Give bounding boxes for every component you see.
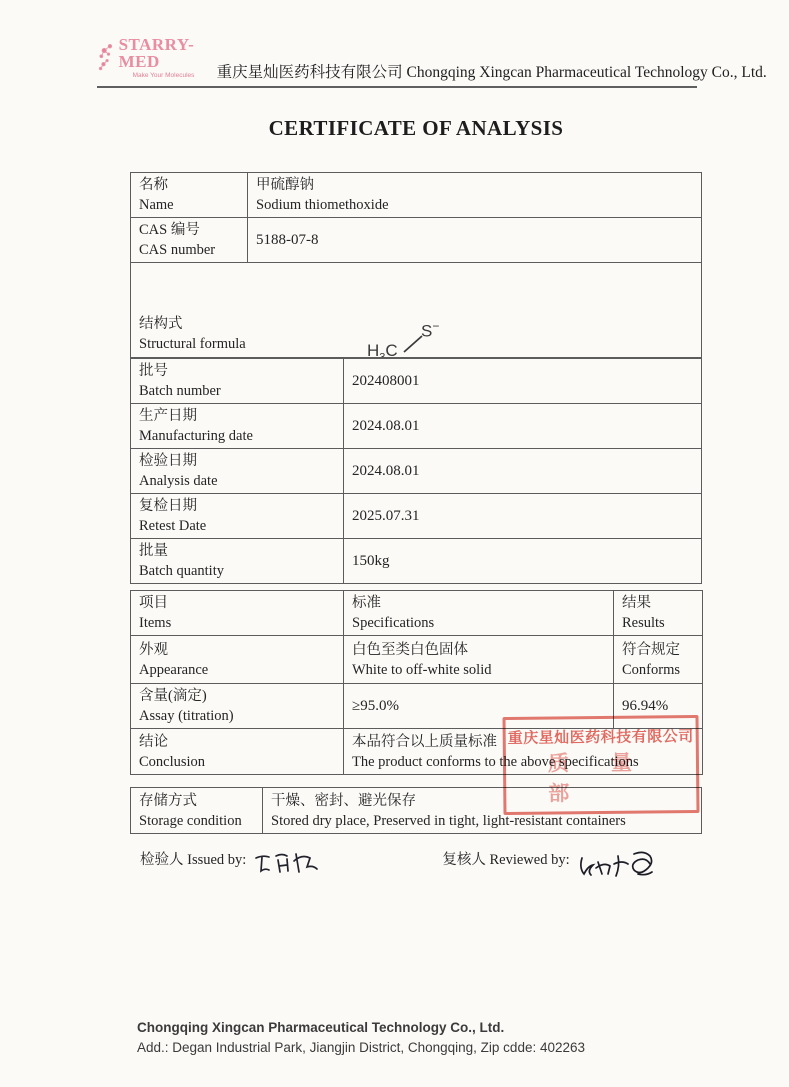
table-row: 批号 Batch number 202408001 <box>131 359 702 404</box>
table-row: 生产日期 Manufacturing date 2024.08.01 <box>131 404 702 449</box>
label-zh: 结论 <box>139 732 335 752</box>
structure-cell: 结构式 Structural formula H3C S− Na+ <box>131 263 702 358</box>
label-en: Analysis date <box>139 471 335 491</box>
header-en: Results <box>622 613 694 633</box>
letterhead: STARRY-MED Make Your Molecules 重庆星灿医药科技有… <box>97 36 697 88</box>
label-zh: 结构式 <box>139 314 246 334</box>
header-en: Items <box>139 613 335 633</box>
table-row: 检验日期 Analysis date 2024.08.01 <box>131 449 702 494</box>
assay-label-cell: 含量(滴定) Assay (titration) <box>131 684 344 729</box>
label-zh: 检验日期 <box>139 451 335 471</box>
label-zh: 批量 <box>139 541 335 561</box>
label-en: Structural formula <box>139 334 246 354</box>
label-zh: 含量(滴定) <box>139 686 335 706</box>
conclusion-label-cell: 结论 Conclusion <box>131 729 344 775</box>
conclusion-value-cell: 本品符合以上质量标准 The product conforms to the a… <box>344 729 703 775</box>
storage-label-cell: 存储方式 Storage condition <box>131 788 263 834</box>
storage-row: 存储方式 Storage condition 干燥、密封、避光保存 Stored… <box>131 788 702 834</box>
retest-date-value-cell: 2025.07.31 <box>344 494 702 539</box>
footer-address: Add.: Degan Industrial Park, Jiangjin Di… <box>137 1038 585 1058</box>
table-row: 复检日期 Retest Date 2025.07.31 <box>131 494 702 539</box>
table-row: 批量 Batch quantity 150kg <box>131 539 702 584</box>
appearance-row: 外观 Appearance 白色至类白色固体 White to off-whit… <box>131 636 703 684</box>
company-name-line: 重庆星灿医药科技有限公司 Chongqing Xingcan Pharmaceu… <box>217 60 767 82</box>
analysis-date: 2024.08.01 <box>352 463 420 479</box>
label-en: Retest Date <box>139 516 335 536</box>
thiolate-group: S− <box>421 316 439 342</box>
batch-quantity-label-cell: 批量 Batch quantity <box>131 539 344 584</box>
table-row: 名称 Name 甲硫醇钠 Sodium thiomethoxide <box>131 173 702 218</box>
assay-result-cell: 96.94% <box>614 684 703 729</box>
assay-row: 含量(滴定) Assay (titration) ≥95.0% 96.94% <box>131 684 703 729</box>
retest-date-label-cell: 复检日期 Retest Date <box>131 494 344 539</box>
assay-spec-cell: ≥95.0% <box>344 684 614 729</box>
issued-by-label: 检验人 Issued by: <box>140 848 246 869</box>
document-title: CERTIFICATE OF ANALYSIS <box>130 116 702 141</box>
name-value-cell: 甲硫醇钠 Sodium thiomethoxide <box>248 173 702 218</box>
logo: STARRY-MED Make Your Molecules <box>97 36 203 80</box>
header-en: Specifications <box>352 613 605 633</box>
name-label-cell: 名称 Name <box>131 173 248 218</box>
batch-quantity: 150kg <box>352 553 390 569</box>
appearance-label-cell: 外观 Appearance <box>131 636 344 684</box>
methyl-group: H3C <box>367 341 398 358</box>
label-en: Storage condition <box>139 811 254 831</box>
molecule-icon <box>97 36 119 78</box>
label-zh: 存储方式 <box>139 791 254 811</box>
batch-number: 202408001 <box>352 373 420 389</box>
label-en: Name <box>139 195 239 215</box>
label-zh: 名称 <box>139 175 239 195</box>
batch-number-value-cell: 202408001 <box>344 359 702 404</box>
product-identity-table: 名称 Name 甲硫醇钠 Sodium thiomethoxide CAS 编号… <box>130 172 702 358</box>
storage-table: 存储方式 Storage condition 干燥、密封、避光保存 Stored… <box>130 787 702 834</box>
results-header-cell: 结果 Results <box>614 591 703 636</box>
conclusion-row: 结论 Conclusion 本品符合以上质量标准 The product con… <box>131 729 703 775</box>
spec-en: White to off-white solid <box>352 660 605 680</box>
reviewed-signature <box>576 848 660 884</box>
result-zh: 符合规定 <box>622 640 694 660</box>
appearance-spec-cell: 白色至类白色固体 White to off-white solid <box>344 636 614 684</box>
reviewed-by-label: 复核人 Reviewed by: <box>442 848 569 884</box>
signature-section: 检验人 Issued by: 复核人 Reviewed by: <box>140 848 700 884</box>
header-zh: 标准 <box>352 593 605 613</box>
appearance-result-cell: 符合规定 Conforms <box>614 636 703 684</box>
manufacturing-date-label-cell: 生产日期 Manufacturing date <box>131 404 344 449</box>
cas-value-cell: 5188-07-8 <box>248 218 702 263</box>
label-zh: 生产日期 <box>139 406 335 426</box>
storage-value-cell: 干燥、密封、避光保存 Stored dry place, Preserved i… <box>263 788 702 834</box>
analysis-date-label-cell: 检验日期 Analysis date <box>131 449 344 494</box>
value-en: Sodium thiomethoxide <box>256 195 693 215</box>
label-en: Appearance <box>139 660 335 680</box>
conclusion-en: The product conforms to the above specif… <box>352 752 694 772</box>
brand-tagline: Make Your Molecules <box>133 73 203 80</box>
value-zh: 甲硫醇钠 <box>256 175 693 195</box>
label-en: Batch number <box>139 381 335 401</box>
label-zh: 批号 <box>139 361 335 381</box>
header-zh: 项目 <box>139 593 335 613</box>
label-zh: CAS 编号 <box>139 220 239 240</box>
analysis-date-value-cell: 2024.08.01 <box>344 449 702 494</box>
brand-name: STARRY-MED <box>119 36 203 70</box>
footer-company-name: Chongqing Xingcan Pharmaceutical Technol… <box>137 1018 585 1038</box>
manufacturing-date: 2024.08.01 <box>352 418 420 434</box>
certificate-page: { "colors": { "accent_pink": "#e98da0", … <box>0 0 789 1087</box>
cas-label-cell: CAS 编号 CAS number <box>131 218 248 263</box>
storage-zh: 干燥、密封、避光保存 <box>271 791 693 811</box>
specifications-header-cell: 标准 Specifications <box>344 591 614 636</box>
assay-spec: ≥95.0% <box>352 698 399 714</box>
label-en: CAS number <box>139 240 239 260</box>
specifications-table: 项目 Items 标准 Specifications 结果 Results 外观… <box>130 590 703 775</box>
table-row: CAS 编号 CAS number 5188-07-8 <box>131 218 702 263</box>
label-zh: 复检日期 <box>139 496 335 516</box>
assay-result: 96.94% <box>622 698 668 714</box>
label-zh: 外观 <box>139 640 335 660</box>
footer: Chongqing Xingcan Pharmaceutical Technol… <box>137 1018 585 1058</box>
batch-quantity-value-cell: 150kg <box>344 539 702 584</box>
storage-en: Stored dry place, Preserved in tight, li… <box>271 811 693 831</box>
items-header-cell: 项目 Items <box>131 591 344 636</box>
label-en: Batch quantity <box>139 561 335 581</box>
label-en: Manufacturing date <box>139 426 335 446</box>
cas-number: 5188-07-8 <box>256 232 319 248</box>
table-row: 结构式 Structural formula H3C S− Na+ <box>131 263 702 358</box>
label-en: Conclusion <box>139 752 335 772</box>
manufacturing-date-value-cell: 2024.08.01 <box>344 404 702 449</box>
label-en: Assay (titration) <box>139 706 335 726</box>
retest-date: 2025.07.31 <box>352 508 420 524</box>
header-zh: 结果 <box>622 593 694 613</box>
batch-info-table: 批号 Batch number 202408001 生产日期 Manufactu… <box>130 358 702 584</box>
result-en: Conforms <box>622 660 694 680</box>
batch-number-label-cell: 批号 Batch number <box>131 359 344 404</box>
issued-signature <box>252 848 324 882</box>
spec-zh: 白色至类白色固体 <box>352 640 605 660</box>
conclusion-zh: 本品符合以上质量标准 <box>352 732 694 752</box>
spec-header-row: 项目 Items 标准 Specifications 结果 Results <box>131 591 703 636</box>
